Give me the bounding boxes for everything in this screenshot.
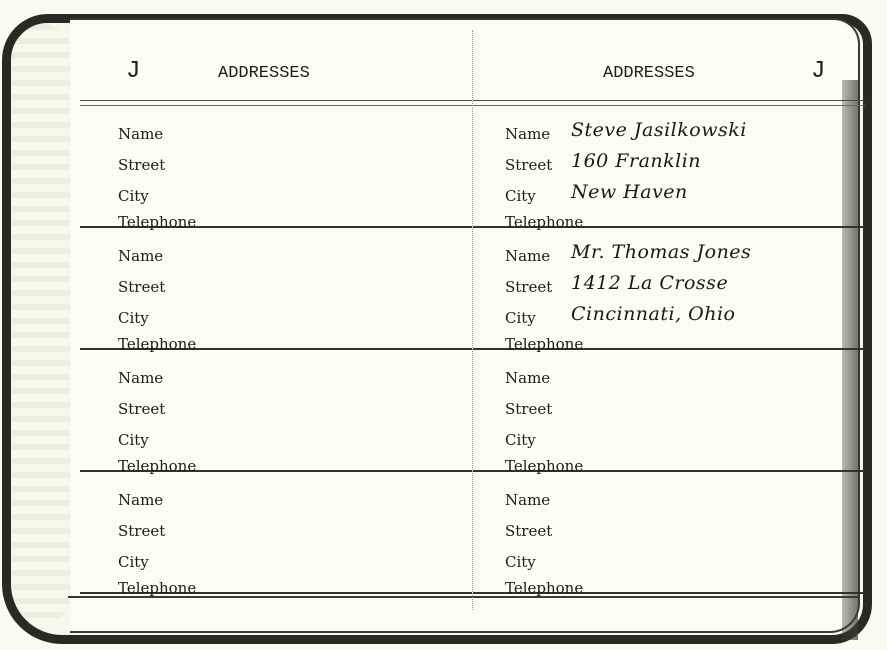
- name-value: Mr. Thomas Jones: [571, 241, 751, 263]
- city-label: City: [505, 553, 571, 571]
- city-label: City: [505, 187, 571, 205]
- name-label: Name: [505, 247, 571, 265]
- city-label: City: [118, 309, 184, 327]
- page-title: ADDRESSES: [218, 64, 310, 83]
- city-label: City: [118, 187, 184, 205]
- name-field[interactable]: Name: [118, 488, 184, 510]
- page-header: J ADDRESSES: [80, 58, 472, 98]
- city-label: City: [505, 431, 571, 449]
- address-entry: Name Street City Telephone: [473, 472, 865, 594]
- street-label: Street: [118, 522, 184, 540]
- city-field[interactable]: City: [118, 306, 184, 328]
- name-label: Name: [505, 491, 571, 509]
- street-label: Street: [505, 522, 571, 540]
- street-field[interactable]: Street: [118, 153, 184, 175]
- street-field[interactable]: Street1412 La Crosse: [505, 275, 728, 297]
- telephone-field[interactable]: Telephone: [505, 576, 571, 598]
- index-letter: J: [126, 58, 140, 85]
- address-entries: NameSteve Jasilkowski Street160 Franklin…: [473, 106, 865, 594]
- page-header: ADDRESSES J: [473, 58, 865, 98]
- street-field[interactable]: Street: [118, 519, 184, 541]
- index-letter: J: [811, 58, 825, 85]
- address-entry: NameMr. Thomas Jones Street1412 La Cross…: [473, 228, 865, 350]
- cover-wear: [12, 24, 72, 624]
- city-field[interactable]: City: [505, 428, 571, 450]
- right-page: ADDRESSES J NameSteve Jasilkowski Street…: [472, 30, 865, 610]
- address-entry: Name Street City Telephone: [473, 350, 865, 472]
- telephone-field[interactable]: Telephone: [118, 576, 184, 598]
- page-title: ADDRESSES: [603, 64, 695, 83]
- name-value: Steve Jasilkowski: [571, 119, 747, 141]
- city-value: New Haven: [571, 181, 688, 203]
- name-field[interactable]: Name: [118, 122, 184, 144]
- telephone-label: Telephone: [118, 579, 184, 597]
- name-label: Name: [505, 125, 571, 143]
- address-entry: Name Street City Telephone: [80, 106, 472, 228]
- name-label: Name: [505, 369, 571, 387]
- name-field[interactable]: Name: [505, 366, 571, 388]
- street-value: 160 Franklin: [571, 150, 701, 172]
- address-entry: Name Street City Telephone: [80, 350, 472, 472]
- address-entry: NameSteve Jasilkowski Street160 Franklin…: [473, 106, 865, 228]
- city-label: City: [118, 431, 184, 449]
- city-value: Cincinnati, Ohio: [571, 303, 736, 325]
- name-field[interactable]: Name: [118, 244, 184, 266]
- street-field[interactable]: Street160 Franklin: [505, 153, 701, 175]
- street-label: Street: [118, 278, 184, 296]
- street-field[interactable]: Street: [118, 275, 184, 297]
- name-field[interactable]: Name: [505, 488, 571, 510]
- street-field[interactable]: Street: [505, 519, 571, 541]
- city-field[interactable]: City: [118, 428, 184, 450]
- address-entries: Name Street City Telephone Name Street C…: [80, 106, 472, 594]
- name-field[interactable]: Name: [118, 366, 184, 388]
- city-field[interactable]: City: [118, 184, 184, 206]
- street-field[interactable]: Street: [118, 397, 184, 419]
- city-field[interactable]: CityNew Haven: [505, 184, 688, 206]
- telephone-label: Telephone: [505, 579, 571, 597]
- address-entry: Name Street City Telephone: [80, 472, 472, 594]
- street-label: Street: [118, 400, 184, 418]
- city-field[interactable]: CityCincinnati, Ohio: [505, 306, 736, 328]
- city-label: City: [118, 553, 184, 571]
- street-label: Street: [505, 278, 571, 296]
- name-field[interactable]: NameSteve Jasilkowski: [505, 122, 747, 144]
- name-label: Name: [118, 247, 184, 265]
- city-field[interactable]: City: [118, 550, 184, 572]
- name-field[interactable]: NameMr. Thomas Jones: [505, 244, 751, 266]
- name-label: Name: [118, 125, 184, 143]
- street-label: Street: [505, 400, 571, 418]
- city-field[interactable]: City: [505, 550, 571, 572]
- street-label: Street: [505, 156, 571, 174]
- street-value: 1412 La Crosse: [571, 272, 728, 294]
- left-page: J ADDRESSES Name Street City Telephone N…: [80, 30, 472, 610]
- name-label: Name: [118, 369, 184, 387]
- street-label: Street: [118, 156, 184, 174]
- address-entry: Name Street City Telephone: [80, 228, 472, 350]
- city-label: City: [505, 309, 571, 327]
- name-label: Name: [118, 491, 184, 509]
- street-field[interactable]: Street: [505, 397, 571, 419]
